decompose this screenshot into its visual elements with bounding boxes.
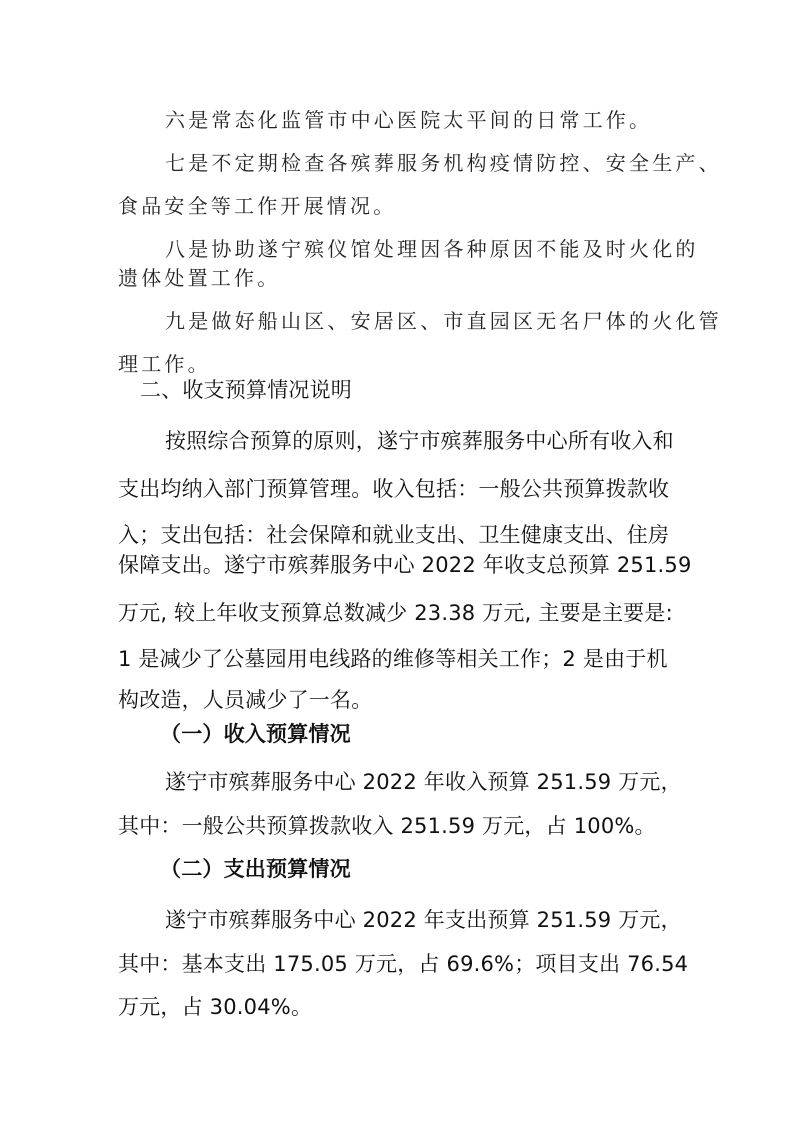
paragraph-item-nine-line-2: 理工作。 xyxy=(118,350,211,378)
budget-paragraph-line-6: 1 是减少了公墓园用电线路的维修等相关工作；2 是由于机 xyxy=(118,645,668,673)
budget-paragraph-line-5: 万元, 较上年收支预算总数减少 23.38 万元, 主要是主要是: xyxy=(118,599,673,627)
expenditure-paragraph-line-3: 万元，占 30.04%。 xyxy=(118,993,312,1021)
expenditure-paragraph-line-1: 遂宁市殡葬服务中心 2022 年支出预算 251.59 万元， xyxy=(165,906,682,934)
paragraph-item-seven-line-2: 食品安全等工作开展情况。 xyxy=(118,192,396,220)
subheading-income-budget: （一）收入预算情况 xyxy=(160,720,351,748)
expenditure-paragraph-line-2: 其中：基本支出 175.05 万元，占 69.6%；项目支出 76.54 xyxy=(118,950,688,978)
paragraph-item-eight-line-2: 遗体处置工作。 xyxy=(118,264,280,292)
document-page: 六是常态化监管市中心医院太平间的日常工作。 七是不定期检查各殡葬服务机构疫情防控… xyxy=(0,0,794,1122)
budget-paragraph-line-4: 保障支出。遂宁市殡葬服务中心 2022 年收支总预算 251.59 xyxy=(118,551,692,579)
subheading-expenditure-budget: （二）支出预算情况 xyxy=(160,855,351,883)
income-paragraph-line-2: 其中：一般公共预算拨款收入 251.59 万元，占 100%。 xyxy=(118,812,656,840)
section-heading-budget-explanation: 二、收支预算情况说明 xyxy=(140,376,352,404)
budget-paragraph-line-2: 支出均纳入部门预算管理。收入包括：一般公共预算拨款收 xyxy=(118,475,669,503)
income-paragraph-line-1: 遂宁市殡葬服务中心 2022 年收入预算 251.59 万元， xyxy=(165,768,682,796)
budget-paragraph-line-1: 按照综合预算的原则，遂宁市殡葬服务中心所有收入和 xyxy=(165,427,674,455)
paragraph-item-nine-line-1: 九是做好船山区、安居区、市直园区无名尸体的火化管 xyxy=(165,307,722,335)
paragraph-item-seven-line-1: 七是不定期检查各殡葬服务机构疫情防控、安全生产、 xyxy=(165,149,722,177)
budget-paragraph-line-3: 入；支出包括：社会保障和就业支出、卫生健康支出、住房 xyxy=(118,521,669,549)
paragraph-item-six: 六是常态化监管市中心医院太平间的日常工作。 xyxy=(165,106,652,134)
budget-paragraph-line-7: 构改造，人员减少了一名。 xyxy=(118,686,372,714)
paragraph-item-eight-line-1: 八是协助遂宁殡仪馆处理因各种原因不能及时火化的 xyxy=(165,235,699,263)
